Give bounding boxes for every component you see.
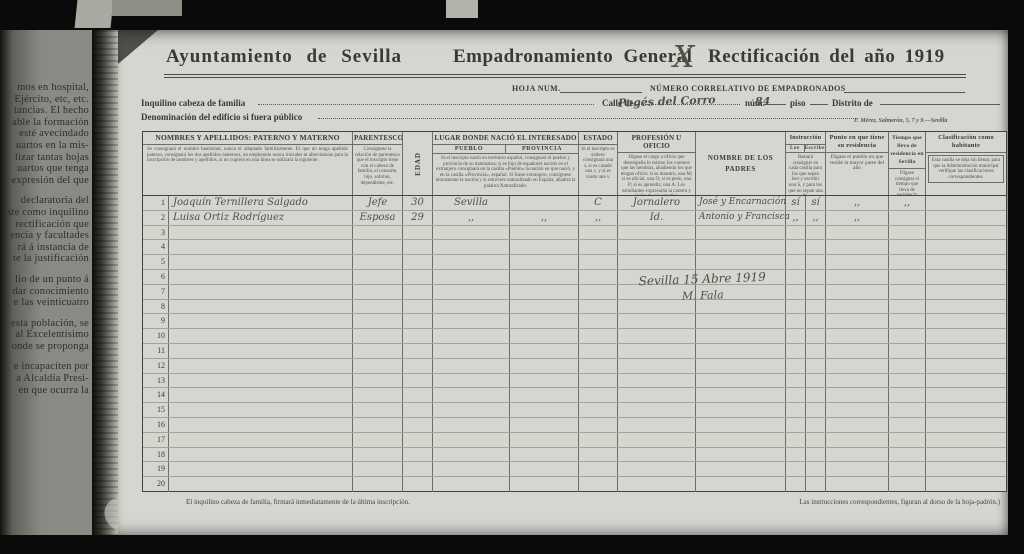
cell-tiempo (889, 329, 926, 343)
cell-punto (826, 477, 889, 492)
cell-punto (826, 314, 889, 328)
cell-nombre (169, 462, 353, 476)
table-row: 9 (143, 314, 1006, 329)
cell-num: 20 (143, 477, 169, 492)
cell-clasificacion (926, 270, 1006, 284)
cell-edad (403, 477, 433, 492)
cell-num: 4 (143, 240, 169, 254)
table-row: 16 (143, 418, 1006, 433)
left-page-line: declaratoria del (0, 195, 89, 207)
cell-edad (403, 359, 433, 373)
cell-estado (579, 403, 618, 417)
col-header-edad: EDAD (403, 132, 433, 195)
cell-estado (579, 240, 618, 254)
cell-estado (579, 344, 618, 358)
cell-punto (826, 403, 889, 417)
cell-pueblo (433, 270, 510, 284)
cell-profesion (618, 255, 696, 269)
cell-edad (403, 285, 433, 299)
paper-edge-decoration (75, 0, 114, 28)
handwritten-x-mark: X (673, 40, 694, 75)
cell-clasificacion (926, 359, 1006, 373)
col-title: ESTADO (579, 132, 617, 145)
denominacion-blank (318, 110, 858, 119)
col-note: Si el inscripto es soltero consignará un… (579, 145, 617, 183)
cell-pueblo (433, 418, 510, 432)
cell-punto (826, 329, 889, 343)
cell-lee (786, 477, 806, 492)
col-header-lugar: LUGAR DONDE NACIÓ EL INTERESADO PUEBLO P… (433, 132, 579, 195)
cell-clasificacion (926, 211, 1006, 225)
cell-estado (579, 314, 618, 328)
cell-parentesco (353, 477, 403, 492)
left-page-line: esta población, se (0, 318, 89, 330)
table-row: 4 (143, 240, 1006, 255)
cell-escribe: ,, (806, 211, 826, 225)
col-title: EDAD (414, 152, 422, 176)
cell-nombre: Luisa Ortiz Rodríguez (169, 211, 353, 225)
cell-estado (579, 329, 618, 343)
cell-punto: ,, (826, 196, 889, 210)
cell-punto (826, 285, 889, 299)
cell-lee (786, 344, 806, 358)
cell-provincia (510, 196, 579, 210)
cell-provincia (510, 418, 579, 432)
table-row: 10 (143, 329, 1006, 344)
cell-estado (579, 477, 618, 492)
cell-punto (826, 359, 889, 373)
cell-nombre (169, 314, 353, 328)
cell-edad (403, 329, 433, 343)
cell-parentesco (353, 314, 403, 328)
cell-padres (696, 226, 786, 240)
cell-edad (403, 403, 433, 417)
cell-escribe (806, 270, 826, 284)
cell-provincia (510, 255, 579, 269)
cell-padres (696, 418, 786, 432)
cell-estado (579, 226, 618, 240)
cell-edad (403, 314, 433, 328)
cell-tiempo (889, 270, 926, 284)
cell-punto (826, 462, 889, 476)
left-page-line (0, 186, 89, 195)
cell-provincia (510, 448, 579, 462)
cell-tiempo (889, 418, 926, 432)
cell-parentesco: Jefe (353, 196, 403, 210)
cell-parentesco (353, 448, 403, 462)
left-page-line: te la justificación (0, 253, 89, 265)
cell-punto (826, 344, 889, 358)
cell-pueblo (433, 285, 510, 299)
left-page-line: al Excelentísimo (0, 329, 89, 341)
col-header-nombres: NOMBRES Y APELLIDOS: PATERNO Y MATERNO S… (143, 132, 353, 195)
col-title: Punto en que tiene su residencia (826, 132, 888, 153)
cell-padres (696, 329, 786, 343)
cell-clasificacion (926, 226, 1006, 240)
cell-nombre (169, 255, 353, 269)
cell-provincia (510, 226, 579, 240)
cell-clasificacion (926, 477, 1006, 492)
cell-provincia (510, 270, 579, 284)
cell-parentesco (353, 329, 403, 343)
hoja-num-blank (560, 92, 642, 93)
left-page-line: e las veinticuatro (0, 297, 89, 309)
left-page-line: uartos que tenga (0, 163, 89, 175)
table-row: 6 (143, 270, 1006, 285)
cell-edad (403, 255, 433, 269)
cell-nombre: Joaquín Ternillera Salgado (169, 196, 353, 210)
cell-nombre (169, 403, 353, 417)
cell-lee (786, 240, 806, 254)
table-row: 12 (143, 359, 1006, 374)
inquilino-label: Inquilino cabeza de familia (141, 98, 245, 108)
cell-provincia (510, 300, 579, 314)
hoja-row: HOJA NUM. NÚMERO CORRELATIVO DE EMPADRON… (118, 84, 1008, 96)
cell-lee (786, 462, 806, 476)
cell-tiempo (889, 285, 926, 299)
cell-num: 15 (143, 403, 169, 417)
col-header-punto: Punto en que tiene su residencia Dígase … (826, 132, 889, 195)
cell-padres (696, 285, 786, 299)
cell-lee (786, 388, 806, 402)
cell-edad (403, 433, 433, 447)
piso-label: piso (790, 98, 806, 108)
cell-edad (403, 462, 433, 476)
cell-pueblo (433, 433, 510, 447)
cell-edad (403, 448, 433, 462)
cell-num: 12 (143, 359, 169, 373)
cell-punto: ,, (826, 211, 889, 225)
left-page-line: esté avecindado (0, 128, 89, 140)
cell-nombre (169, 374, 353, 388)
title-rectificacion: Rectificación del año 1919 (708, 46, 945, 68)
cell-profesion: Jornalero (618, 196, 696, 210)
cell-escribe (806, 255, 826, 269)
cell-profesion (618, 240, 696, 254)
cell-lee (786, 329, 806, 343)
cell-pueblo (433, 240, 510, 254)
left-page-fragment: mos en hospital,Ejército, etc, etc.tanci… (0, 30, 92, 535)
cell-pueblo (433, 477, 510, 492)
col-title: NOMBRE DE LOS PADRES (696, 153, 785, 175)
table-row: 15 (143, 403, 1006, 418)
table-row: 3 (143, 226, 1006, 241)
col-note: Esta casilla se deja sin llenar, para qu… (928, 155, 1004, 183)
title-double-rule (164, 74, 966, 78)
table-row: 1Joaquín Ternillera SalgadoJefe30Sevilla… (143, 196, 1006, 211)
subcol-escribe: Escribe (805, 145, 825, 152)
cell-punto (826, 240, 889, 254)
subcol-provincia: PROVINCIA (506, 145, 578, 153)
cell-padres: Antonio y Francisca (696, 211, 786, 225)
cell-nombre (169, 344, 353, 358)
cell-num: 6 (143, 270, 169, 284)
cell-clasificacion (926, 418, 1006, 432)
left-page-line: tancias. El hecho (0, 105, 89, 117)
cell-pueblo (433, 448, 510, 462)
cell-provincia (510, 477, 579, 492)
cell-num: 17 (143, 433, 169, 447)
inquilino-blank (258, 96, 594, 105)
subcol-lee: Lee (786, 145, 805, 152)
cell-profesion (618, 462, 696, 476)
cell-lee (786, 285, 806, 299)
cell-padres: José y Encarnación (696, 196, 786, 210)
col-note: Se consignará el nombre bautismal, nunca… (143, 145, 352, 166)
cell-edad (403, 226, 433, 240)
col-title: NOMBRES Y APELLIDOS: PATERNO Y MATERNO (143, 132, 352, 145)
cell-tiempo (889, 462, 926, 476)
col-header-instruccion: Instrucción Lee Escribe Bastará consigna… (786, 132, 826, 195)
left-page-line: Ejército, etc, etc. (0, 94, 89, 106)
cell-escribe (806, 226, 826, 240)
cell-num: 5 (143, 255, 169, 269)
table-row: 14 (143, 388, 1006, 403)
cell-escribe: sí (806, 196, 826, 210)
cell-tiempo (889, 344, 926, 358)
cell-nombre (169, 359, 353, 373)
col-title: PARENTESCO (353, 132, 402, 145)
cell-tiempo (889, 477, 926, 492)
table-row: 7 (143, 285, 1006, 300)
cell-num: 1 (143, 196, 169, 210)
cell-profesion (618, 433, 696, 447)
cell-profesion (618, 314, 696, 328)
cell-tiempo (889, 226, 926, 240)
cell-punto (826, 255, 889, 269)
cell-parentesco (353, 359, 403, 373)
col-note: Si el inscripto nació en territorio espa… (433, 154, 578, 192)
cell-edad (403, 300, 433, 314)
cell-provincia: ,, (510, 211, 579, 225)
cell-edad (403, 270, 433, 284)
left-page-line: rectificación que (0, 219, 89, 231)
left-page-line (0, 309, 89, 318)
col-subheaders: Lee Escribe (786, 145, 825, 153)
col-subheaders: PUEBLO PROVINCIA (433, 145, 578, 154)
cell-estado: C (579, 196, 618, 210)
cell-num: 11 (143, 344, 169, 358)
cell-clasificacion (926, 329, 1006, 343)
table-body: 1Joaquín Ternillera SalgadoJefe30Sevilla… (143, 196, 1006, 492)
cell-parentesco (353, 240, 403, 254)
cell-estado (579, 374, 618, 388)
cell-edad (403, 240, 433, 254)
cell-edad (403, 344, 433, 358)
cell-padres (696, 314, 786, 328)
cell-padres (696, 388, 786, 402)
cell-punto (826, 374, 889, 388)
cell-estado (579, 270, 618, 284)
cell-pueblo (433, 374, 510, 388)
table-row: 20 (143, 477, 1006, 492)
cell-pueblo (433, 329, 510, 343)
table-row: 5 (143, 255, 1006, 270)
num-handwritten-value: 84 (755, 95, 770, 108)
cell-nombre (169, 477, 353, 492)
footer-left-note: El inquilino cabeza de familia, firmará … (186, 498, 410, 506)
cell-profesion (618, 388, 696, 402)
cell-parentesco: Esposa (353, 211, 403, 225)
cell-clasificacion (926, 255, 1006, 269)
paper-edge-decoration (112, 0, 182, 16)
col-title: Instrucción (786, 132, 825, 145)
table-row: 8 (143, 300, 1006, 315)
left-page-line: en que ocurra la (0, 385, 89, 397)
col-note: Dígase consignar el tiempo que lleva de … (889, 169, 925, 195)
table-row: 11 (143, 344, 1006, 359)
cell-lee: ,, (786, 211, 806, 225)
title-empadronamiento: Empadronamiento General (453, 46, 692, 68)
cell-padres (696, 300, 786, 314)
paper-edge-decoration (446, 0, 478, 18)
cell-num: 19 (143, 462, 169, 476)
distrito-blank (880, 96, 1000, 105)
cell-punto (826, 433, 889, 447)
left-page-line: e incapaciten por (0, 361, 89, 373)
cell-tiempo (889, 359, 926, 373)
cell-profesion (618, 403, 696, 417)
cell-parentesco (353, 270, 403, 284)
cell-escribe (806, 388, 826, 402)
cell-estado (579, 388, 618, 402)
census-sheet: Ayuntamiento de Sevilla Empadronamiento … (118, 30, 1008, 535)
cell-num: 14 (143, 388, 169, 402)
cell-nombre (169, 240, 353, 254)
cell-provincia (510, 240, 579, 254)
cell-num: 8 (143, 300, 169, 314)
cell-parentesco (353, 285, 403, 299)
cell-parentesco (353, 226, 403, 240)
left-page-line: lio de un punto á (0, 274, 89, 286)
cell-tiempo (889, 314, 926, 328)
left-page-line (0, 352, 89, 361)
numero-correlativo-label: NÚMERO CORRELATIVO DE EMPADRONADOS (650, 84, 846, 93)
cell-punto (826, 448, 889, 462)
cell-punto (826, 418, 889, 432)
cell-parentesco (353, 344, 403, 358)
cell-punto (826, 388, 889, 402)
cell-clasificacion (926, 374, 1006, 388)
footer-right-note: Las instrucciones correspondientes, figu… (799, 498, 1000, 506)
cell-pueblo (433, 344, 510, 358)
cell-provincia (510, 403, 579, 417)
cell-pueblo (433, 314, 510, 328)
cell-nombre (169, 300, 353, 314)
cell-profesion (618, 374, 696, 388)
cell-clasificacion (926, 196, 1006, 210)
col-title: Clasificación como habitante (926, 132, 1006, 153)
cell-pueblo (433, 462, 510, 476)
cell-edad: 29 (403, 211, 433, 225)
cell-edad (403, 418, 433, 432)
cell-tiempo (889, 403, 926, 417)
cell-lee (786, 448, 806, 462)
cell-clasificacion (926, 433, 1006, 447)
cell-estado (579, 300, 618, 314)
cell-escribe (806, 433, 826, 447)
cell-profesion (618, 448, 696, 462)
cell-parentesco (353, 418, 403, 432)
cell-padres (696, 433, 786, 447)
cell-profesion (618, 329, 696, 343)
cell-lee (786, 270, 806, 284)
cell-provincia (510, 462, 579, 476)
cell-escribe (806, 448, 826, 462)
cell-estado: ,, (579, 211, 618, 225)
cell-tiempo (889, 374, 926, 388)
cell-provincia (510, 285, 579, 299)
distrito-label: Distrito de (832, 98, 873, 108)
cell-escribe (806, 285, 826, 299)
cell-parentesco (353, 300, 403, 314)
cell-clasificacion (926, 314, 1006, 328)
cell-estado (579, 433, 618, 447)
cell-nombre (169, 433, 353, 447)
cell-clasificacion (926, 240, 1006, 254)
cell-pueblo (433, 300, 510, 314)
cell-profesion (618, 300, 696, 314)
cell-padres (696, 374, 786, 388)
cell-num: 3 (143, 226, 169, 240)
col-title: PROFESIÓN U OFICIO (618, 132, 695, 153)
left-page-line: mos en hospital, (0, 82, 89, 94)
cell-nombre (169, 448, 353, 462)
cell-estado (579, 418, 618, 432)
cell-clasificacion (926, 300, 1006, 314)
cell-clasificacion (926, 285, 1006, 299)
cell-tiempo (889, 388, 926, 402)
cell-pueblo: ,, (433, 211, 510, 225)
cell-tiempo (889, 255, 926, 269)
cell-provincia (510, 433, 579, 447)
left-page-line: able la formación (0, 117, 89, 129)
cell-edad (403, 374, 433, 388)
col-note: Bastará consignar en cada casilla para l… (786, 153, 825, 195)
cell-lee: sí (786, 196, 806, 210)
col-title: Tiempo que lleva de residencia en Sevill… (889, 132, 925, 169)
cell-punto (826, 226, 889, 240)
cell-padres (696, 270, 786, 284)
cell-escribe (806, 403, 826, 417)
table-row: 13 (143, 374, 1006, 389)
col-note: Dígase el cargo u oficio que desempeña l… (618, 153, 695, 195)
cell-nombre (169, 418, 353, 432)
cell-provincia (510, 359, 579, 373)
page-corner-shadow (118, 30, 158, 64)
cell-padres (696, 448, 786, 462)
cell-pueblo (433, 226, 510, 240)
calle-handwritten-value: Pagés del Corro (618, 93, 716, 109)
left-page-line (0, 265, 89, 274)
left-page-text: mos en hospital,Ejército, etc, etc.tanci… (0, 82, 89, 396)
cell-profesion (618, 226, 696, 240)
left-page-line: onde se proponga (0, 341, 89, 353)
col-header-estado: ESTADO Si el inscripto es soltero consig… (579, 132, 618, 195)
table-row: 17 (143, 433, 1006, 448)
cell-clasificacion (926, 462, 1006, 476)
cell-pueblo (433, 255, 510, 269)
left-page-line: rá á instancia de (0, 242, 89, 254)
cell-edad (403, 388, 433, 402)
col-note: Dígase el pueblo en que reside la mayor … (826, 153, 888, 174)
cell-tiempo (889, 448, 926, 462)
cell-profesion (618, 477, 696, 492)
cell-escribe (806, 462, 826, 476)
cell-lee (786, 403, 806, 417)
left-page-line: lizar tantas hojas (0, 152, 89, 164)
cell-escribe (806, 300, 826, 314)
